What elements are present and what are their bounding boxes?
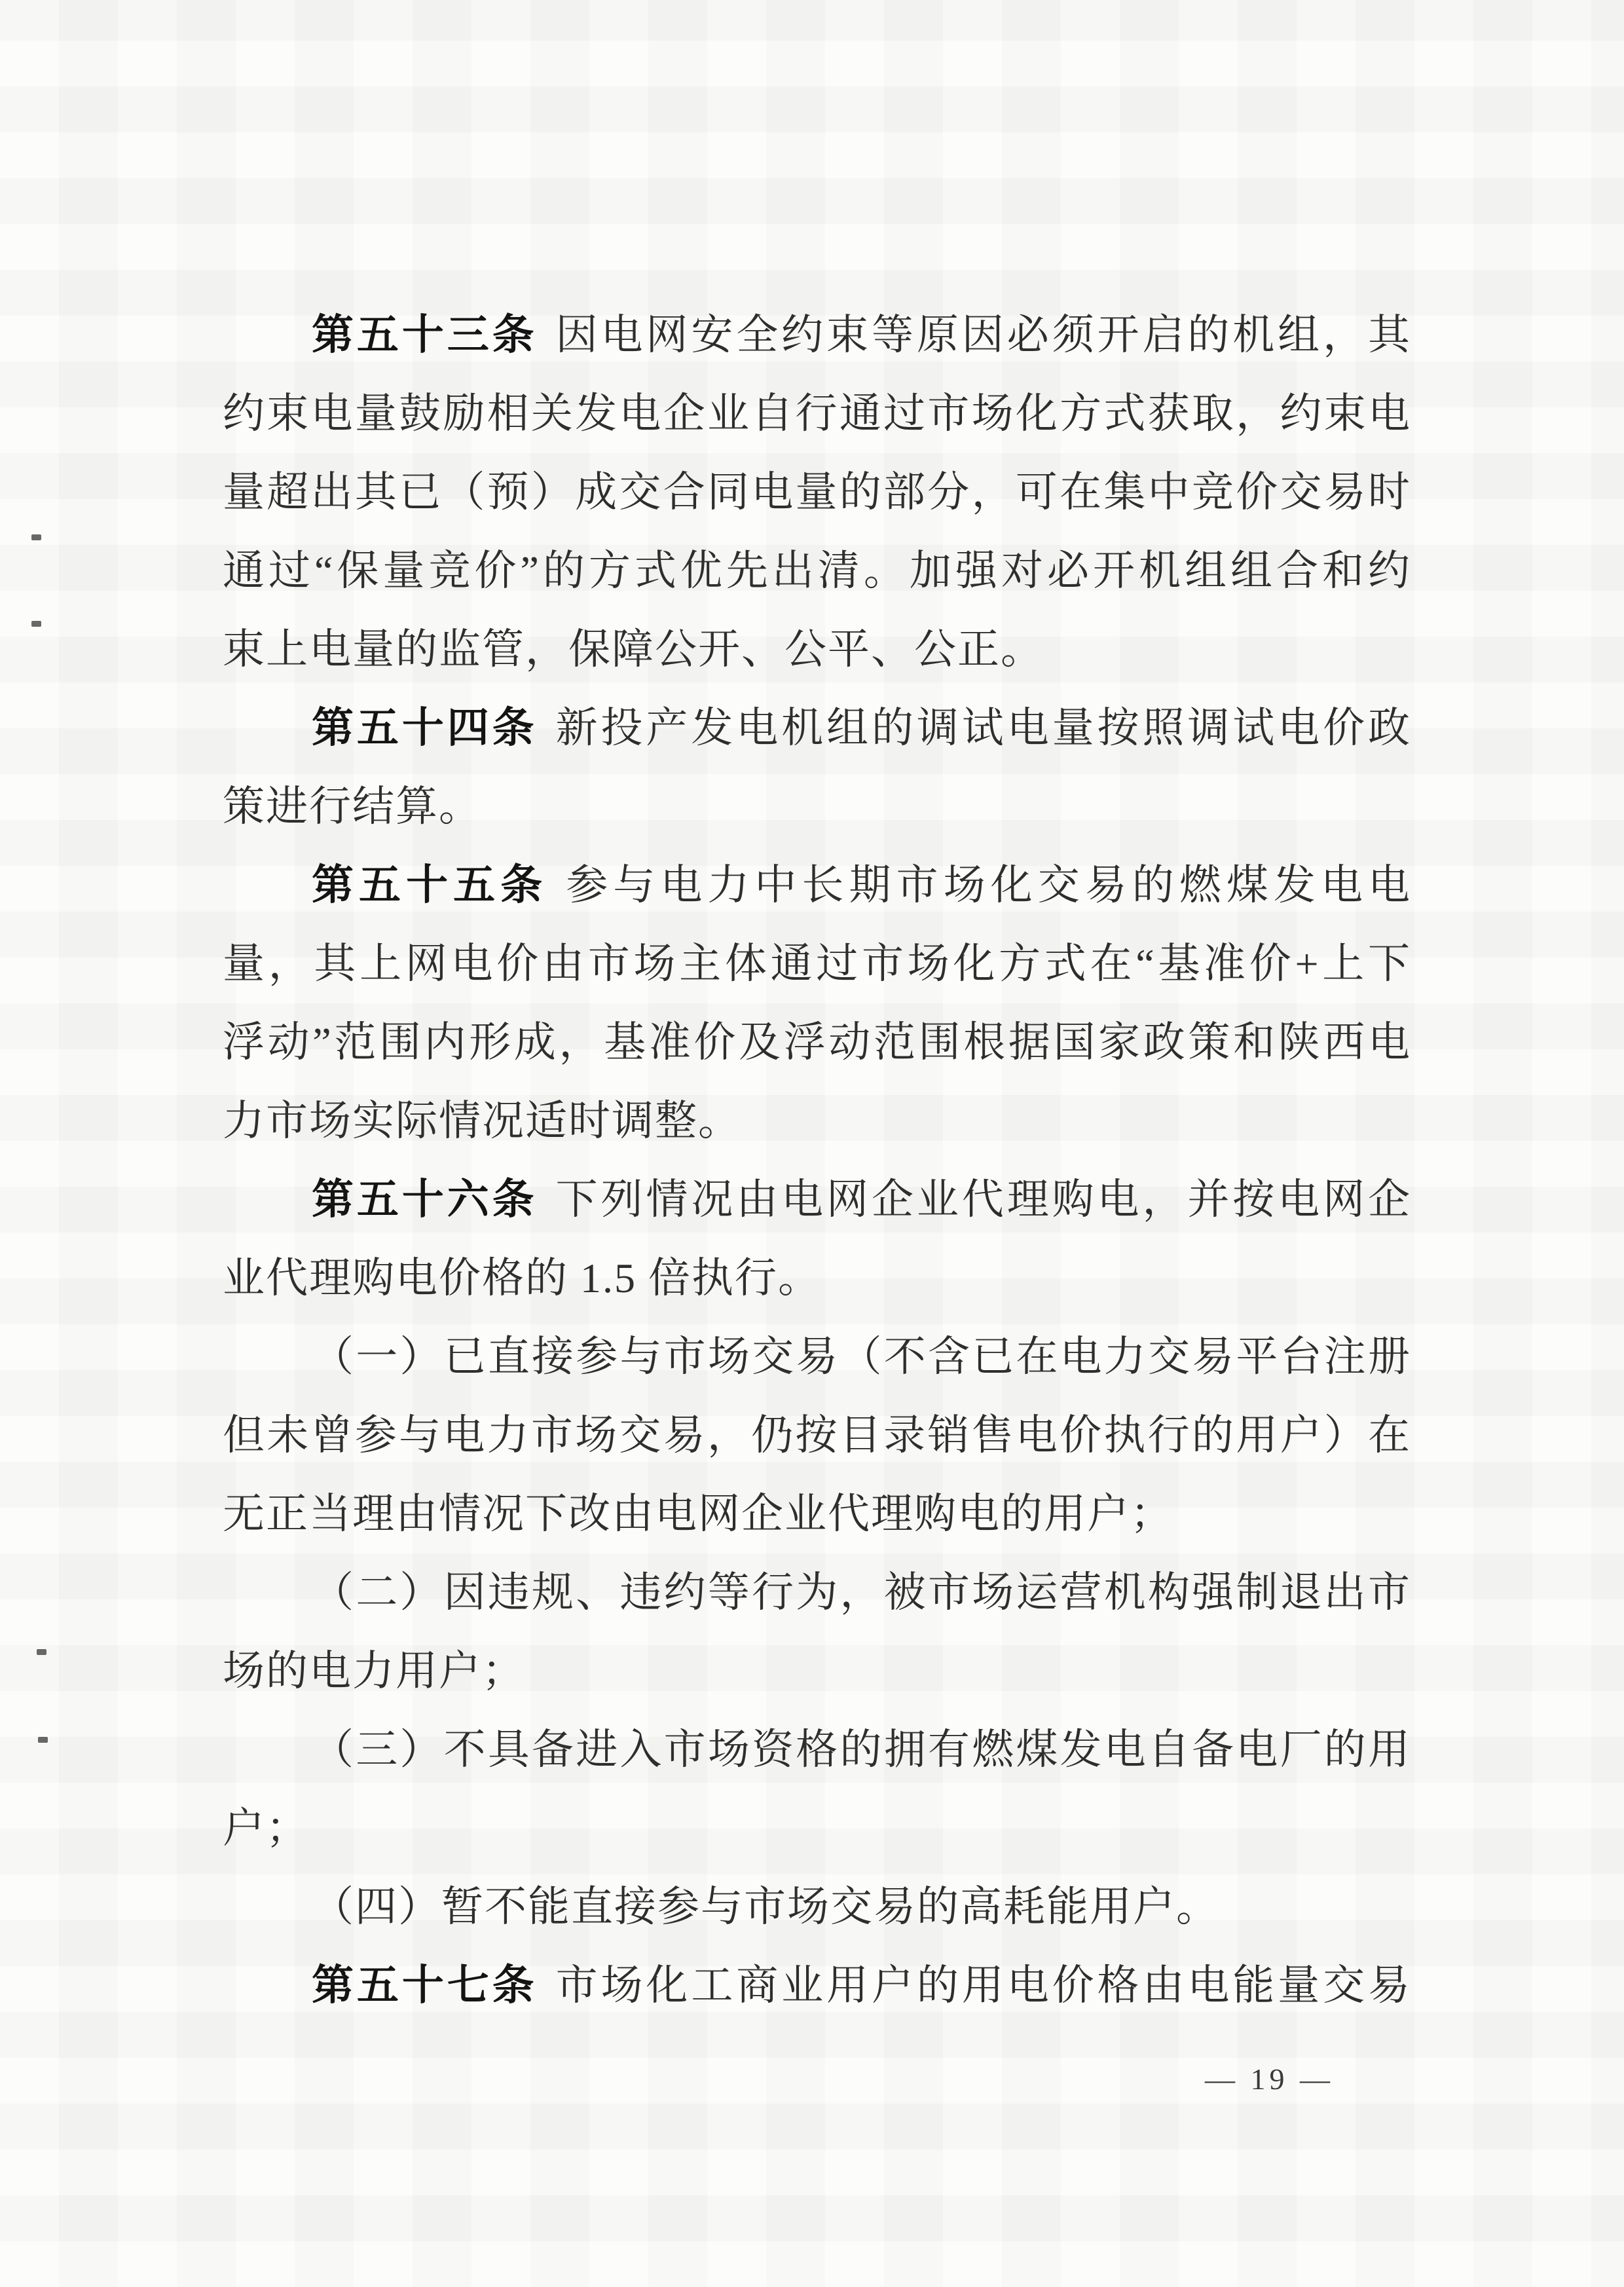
text-line: 场的电力用户；	[223, 1632, 1411, 1711]
document-body: 第五十三条因电网安全约束等原因必须开启的机组，其 约束电量鼓励相关发电企业自行通…	[223, 296, 1411, 2025]
text-line: 户；	[223, 1789, 1411, 1868]
line-text: 业代理购电价格的 1.5 倍执行。	[223, 1255, 821, 1301]
article-number-label: 第五十五条	[312, 862, 547, 908]
text-line: （二）因违规、违约等行为，被市场运营机构强制退出市	[223, 1553, 1411, 1632]
text-line: 力市场实际情况适时调整。	[223, 1082, 1411, 1161]
text-line: 第五十五条参与电力中长期市场化交易的燃煤发电电	[223, 846, 1411, 925]
line-text: 量，其上网电价由市场主体通过市场化方式在“基准价+上下	[223, 940, 1411, 987]
article-number-label: 第五十三条	[312, 312, 538, 358]
text-line: 策进行结算。	[223, 768, 1411, 846]
line-text: （三）不具备进入市场资格的拥有燃煤发电自备电厂的用	[312, 1726, 1411, 1773]
text-line: 约束电量鼓励相关发电企业自行通过市场化方式获取，约束电	[223, 375, 1411, 453]
scan-artifact-dot	[37, 1649, 46, 1655]
text-line: 量超出其已（预）成交合同电量的部分，可在集中竞价交易时	[223, 453, 1411, 532]
page-number: — 19 —	[1205, 2062, 1369, 2096]
line-text: （四）暂不能直接参与市场交易的高耗能用户。	[312, 1884, 1219, 1930]
line-text: 约束电量鼓励相关发电企业自行通过市场化方式获取，约束电	[223, 390, 1411, 437]
scan-artifact-dot	[31, 534, 41, 540]
scan-artifact-dot	[38, 1737, 48, 1743]
text-line: 但未曾参与电力市场交易，仍按目录销售电价执行的用户）在	[223, 1396, 1411, 1475]
line-text: 新投产发电机组的调试电量按照调试电价政	[556, 705, 1411, 751]
line-text: 力市场实际情况适时调整。	[223, 1098, 741, 1144]
line-text: 无正当理由情况下改由电网企业代理购电的用户；	[223, 1491, 1173, 1537]
text-line: 通过“保量竞价”的方式优先出清。加强对必开机组组合和约	[223, 532, 1411, 610]
text-line: （四）暂不能直接参与市场交易的高耗能用户。	[223, 1868, 1411, 1946]
text-line: （三）不具备进入市场资格的拥有燃煤发电自备电厂的用	[223, 1711, 1411, 1789]
line-text: 参与电力中长期市场化交易的燃煤发电电	[566, 862, 1411, 908]
text-line: 第五十三条因电网安全约束等原因必须开启的机组，其	[223, 296, 1411, 375]
line-text: 场的电力用户；	[223, 1648, 525, 1694]
line-text: 束上电量的监管，保障公开、公平、公正。	[223, 626, 1044, 673]
text-line: 无正当理由情况下改由电网企业代理购电的用户；	[223, 1475, 1411, 1553]
document-page: 第五十三条因电网安全约束等原因必须开启的机组，其 约束电量鼓励相关发电企业自行通…	[0, 0, 1624, 2287]
text-line: 第五十七条市场化工商业用户的用电价格由电能量交易	[223, 1946, 1411, 2025]
line-text: 但未曾参与电力市场交易，仍按目录销售电价执行的用户）在	[223, 1412, 1411, 1459]
article-number-label: 第五十七条	[312, 1962, 538, 2009]
text-line: 浮动”范围内形成，基准价及浮动范围根据国家政策和陕西电	[223, 1003, 1411, 1082]
line-text: 下列情况由电网企业代理购电，并按电网企	[556, 1176, 1411, 1223]
article-number-label: 第五十六条	[312, 1176, 538, 1223]
scan-artifact-dot	[31, 621, 41, 627]
text-line: 业代理购电价格的 1.5 倍执行。	[223, 1239, 1411, 1318]
text-line: 束上电量的监管，保障公开、公平、公正。	[223, 610, 1411, 689]
line-text: 通过“保量竞价”的方式优先出清。加强对必开机组组合和约	[223, 548, 1411, 594]
line-text: 户；	[223, 1805, 309, 1851]
text-line: 第五十六条下列情况由电网企业代理购电，并按电网企	[223, 1161, 1411, 1239]
line-text: （二）因违规、违约等行为，被市场运营机构强制退出市	[312, 1569, 1411, 1616]
line-text: 市场化工商业用户的用电价格由电能量交易	[556, 1962, 1411, 2009]
line-text: 量超出其已（预）成交合同电量的部分，可在集中竞价交易时	[223, 469, 1411, 515]
article-number-label: 第五十四条	[312, 705, 538, 751]
line-text: 因电网安全约束等原因必须开启的机组，其	[556, 312, 1411, 358]
text-line: （一）已直接参与市场交易（不含已在电力交易平台注册	[223, 1318, 1411, 1396]
text-line: 量，其上网电价由市场主体通过市场化方式在“基准价+上下	[223, 925, 1411, 1003]
text-line: 第五十四条新投产发电机组的调试电量按照调试电价政	[223, 689, 1411, 768]
line-text: 浮动”范围内形成，基准价及浮动范围根据国家政策和陕西电	[223, 1019, 1411, 1066]
line-text: （一）已直接参与市场交易（不含已在电力交易平台注册	[312, 1333, 1411, 1380]
line-text: 策进行结算。	[223, 783, 482, 830]
